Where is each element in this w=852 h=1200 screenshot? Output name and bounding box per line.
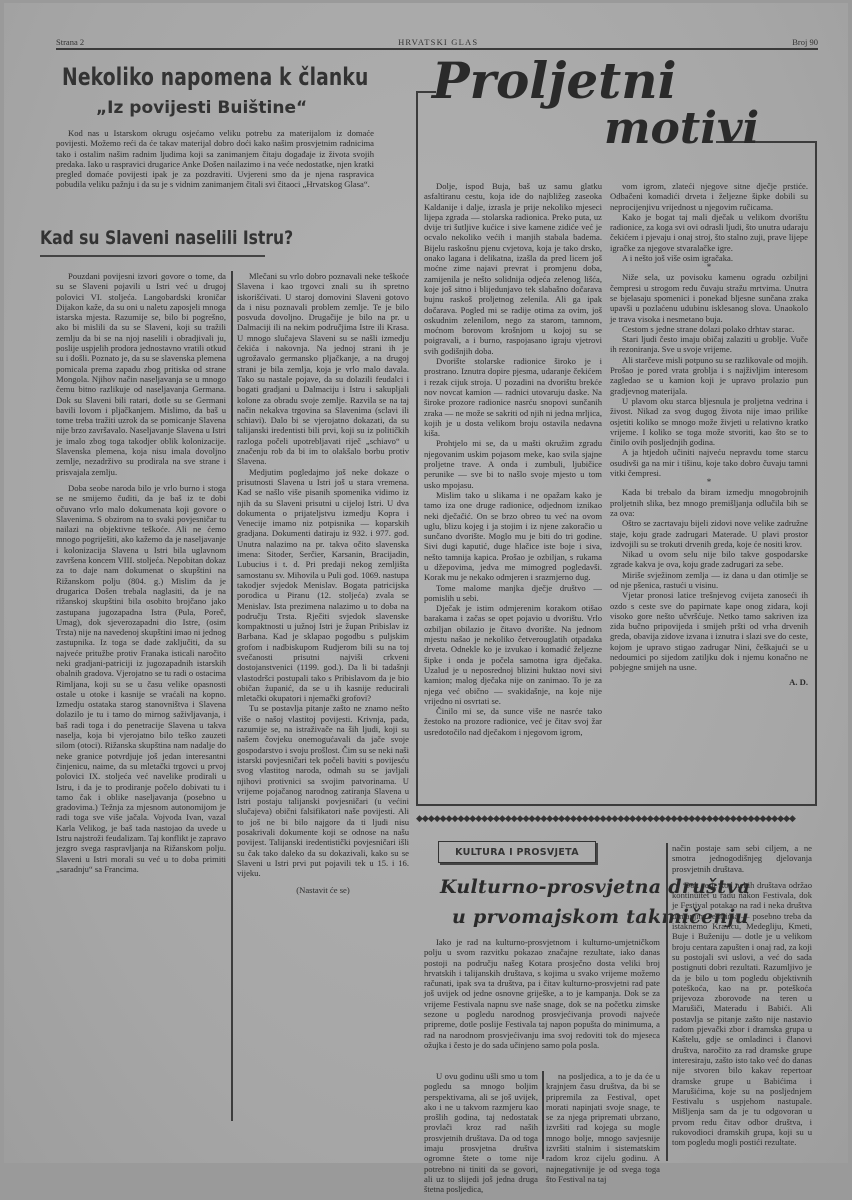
decorative-dot-rule: ◆◆◆◆◆◆◆◆◆◆◆◆◆◆◆◆◆◆◆◆◆◆◆◆◆◆◆◆◆◆◆◆◆◆◆◆◆◆◆◆… [416, 814, 816, 822]
continued-note: (Nastavit će se) [237, 885, 409, 895]
article-title-proljetni: Proljetni [432, 51, 677, 110]
kultura-column-3: način postaje sam sebi ciljem, a ne smot… [672, 843, 812, 1148]
kultura-lead: Iako je rad na kulturno-prosvjetnom i ku… [424, 937, 660, 1050]
box-right-rule [815, 141, 817, 805]
box-left-rule [416, 91, 418, 805]
author-signature: A. D. [610, 677, 808, 687]
box-bottom-rule [416, 804, 817, 806]
title-underline [40, 255, 265, 257]
issue-number: Broj 90 [792, 37, 818, 47]
newspaper-page: Strana 2 HRVATSKI GLAS Broj 90 Nekoliko … [4, 3, 848, 1163]
header-rule [56, 48, 818, 50]
column-divider [231, 271, 233, 1121]
slaveni-column-2: Mlečani su vrlo dobro poznavali neke teš… [237, 271, 409, 895]
article-subtitle-napomena: „Iz povijesti Buištine“ [96, 98, 307, 118]
article-title-motivi: motivi [604, 103, 759, 154]
article-title-napomena: Nekoliko napomena k članku [62, 63, 305, 91]
slaveni-column-1: Pouzdani povijesni izvori govore o tome,… [56, 271, 226, 874]
section-separator-star: * [610, 263, 808, 272]
proljetni-column-1: Dolje, ispod Buja, baš uz samu glatku as… [424, 181, 602, 737]
column-divider [666, 843, 668, 1161]
column-divider [542, 1071, 544, 1159]
napomena-body: Kod nas u Istarskom okrugu osjećamo veli… [56, 128, 374, 190]
page-number: Strana 2 [56, 37, 84, 47]
section-label-badge: KULTURA I PROSVJETA [438, 841, 596, 863]
kultura-column-2: na posljedica, a to je da će u krajnjem … [546, 1071, 660, 1184]
article-title-slaveni: Kad su Slaveni naselili Istru? [40, 227, 293, 249]
page-header: Strana 2 HRVATSKI GLAS Broj 90 [56, 31, 818, 47]
paper-title: HRVATSKI GLAS [398, 37, 478, 47]
proljetni-column-2: vom igrom, zlateći njegove sitne dječje … [610, 181, 808, 687]
kultura-column-1: U ovu godinu ušli smo u tom pogledu sa m… [424, 1071, 538, 1195]
section-separator-star: * [610, 478, 808, 487]
